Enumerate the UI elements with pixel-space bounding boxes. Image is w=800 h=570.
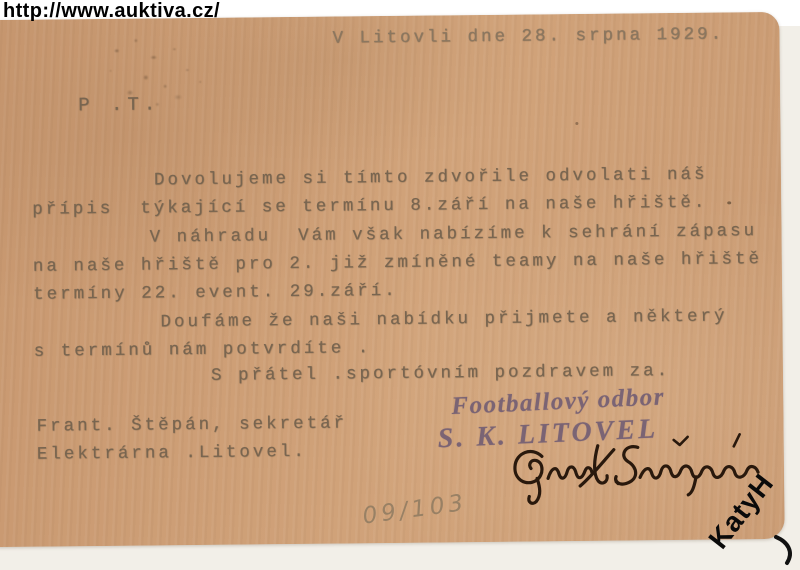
paper-speck — [575, 122, 578, 125]
body-line-8: S přátel .sportóvním pozdravem za. — [211, 361, 670, 386]
body-line-1: Dovolujeme si tímto zdvořile odvolati ná… — [154, 165, 708, 191]
ink-corner-mark — [772, 534, 798, 570]
auction-site-watermark: http://www.auktiva.cz/ — [3, 0, 220, 23]
sender-name-line: Frant. Štěpán, sekretář — [36, 413, 347, 436]
dateline: V Litovli dne 28. srpna 1929. — [332, 24, 724, 48]
body-line-4: na naše hřiště pro 2. již zmíněné teamy … — [33, 249, 762, 277]
body-line-6: Doufáme že naši nabídku přijmete a někte… — [160, 306, 727, 332]
body-line-7: s termínů nám potvrdíte . — [34, 338, 372, 362]
body-line-5: termíny 22. event. 29.září. — [33, 281, 398, 305]
scanned-postcard-photo: V Litovli dne 28. srpna 1929. P .T. Dovo… — [0, 0, 800, 570]
sender-org-line: Elektrárna .Litovel. — [37, 442, 307, 465]
salutation: P .T. — [78, 94, 160, 115]
body-line-3: V náhradu Vám však nabízíme k sehrání zá… — [149, 221, 757, 247]
inventory-number: 09/103 — [361, 490, 468, 530]
postcard-paper: V Litovli dne 28. srpna 1929. P .T. Dovo… — [0, 12, 785, 547]
paper-speck — [727, 201, 731, 204]
body-line-2: přípis týkající se termínu 8.září na naš… — [32, 193, 707, 220]
